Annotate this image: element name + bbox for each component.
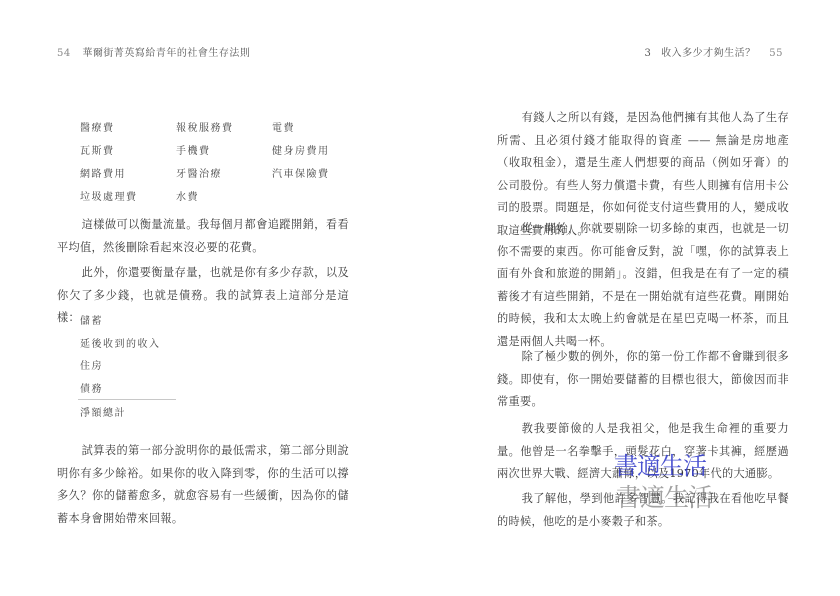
grid-cell: 瓦斯費 (80, 142, 176, 165)
page-number-right: 55 (769, 48, 783, 59)
paragraph: 除了極少數的例外，你的第一份工作都不會賺到很多錢。即使有，你一開始要儲蓄的目標也… (497, 346, 789, 414)
grid-cell (272, 188, 368, 211)
page-number-left: 54 (57, 48, 71, 59)
grid-row: 瓦斯費 手機費 健身房費用 (80, 142, 380, 165)
grid-cell: 醫療費 (80, 119, 176, 142)
grid-row: 垃圾處理費 水費 (80, 188, 380, 211)
grid-row: 網路費用 牙醫治療 汽車保險費 (80, 165, 380, 188)
paragraph: 這樣做可以衡量流量。我每個月都會追蹤開銷，看看平均值，然後刪除看起來沒必要的花費… (57, 214, 349, 259)
grid-cell: 健身房費用 (272, 142, 368, 165)
expense-grid: 醫療費 報稅服務費 電費 瓦斯費 手機費 健身房費用 網路費用 牙醫治療 汽車保… (80, 119, 380, 211)
running-head-right: 3 收入多少才夠生活？ 55 (645, 44, 783, 59)
grid-cell: 網路費用 (80, 165, 176, 188)
running-head-left: 54 華爾街菁英寫給青年的社會生存法則 (57, 44, 250, 59)
book-title: 華爾街菁英寫給青年的社會生存法則 (82, 48, 250, 59)
paragraph: 試算表的第一部分說明你的最低需求，第二部分則說明你有多少餘裕。如果你的收入降到零… (57, 440, 349, 530)
paragraph: 從一開始，你就要剔除一切多餘的東西，也就是一切你不需要的東西。你可能會反對，說「… (497, 218, 789, 354)
chapter-title: 收入多少才夠生活？ (661, 48, 756, 59)
grid-cell: 水費 (176, 188, 272, 211)
paragraph-text: 除了極少數的例外，你的第一份工作都不會賺到很多錢。即使有，你一開始要儲蓄的目標也… (497, 346, 789, 414)
paragraph-text: 從一開始，你就要剔除一切多餘的東西，也就是一切你不需要的東西。你可能會反對，說「… (497, 218, 789, 354)
balance-total: 淨額總計 (80, 404, 180, 427)
watermark-blue: 書適生活 (614, 446, 706, 481)
watermark-gray: 書適生活 (616, 478, 712, 514)
left-page: 54 華爾街菁英寫給青年的社會生存法則 醫療費 報稅服務費 電費 瓦斯費 手機費… (0, 0, 420, 596)
chapter-number: 3 (645, 48, 652, 59)
grid-cell: 汽車保險費 (272, 165, 368, 188)
paragraph-summary: 試算表的第一部分說明你的最低需求，第二部分則說明你有多少餘裕。如果你的收入降到零… (57, 440, 349, 530)
grid-row: 醫療費 報稅服務費 電費 (80, 119, 380, 142)
grid-cell: 電費 (272, 119, 368, 142)
grid-cell: 報稅服務費 (176, 119, 272, 142)
balance-item: 住房 (80, 357, 180, 380)
grid-cell: 垃圾處理費 (80, 188, 176, 211)
grid-cell: 手機費 (176, 142, 272, 165)
balance-item: 延後收到的收入 (80, 335, 180, 358)
grid-cell: 牙醫治療 (176, 165, 272, 188)
balance-list: 儲蓄 延後收到的收入 住房 債務 淨額總計 (80, 312, 180, 427)
paragraph-flow: 這樣做可以衡量流量。我每個月都會追蹤開銷，看看平均值，然後刪除看起來沒必要的花費… (57, 214, 349, 259)
total-divider (78, 399, 176, 400)
balance-item: 儲蓄 (80, 312, 180, 335)
